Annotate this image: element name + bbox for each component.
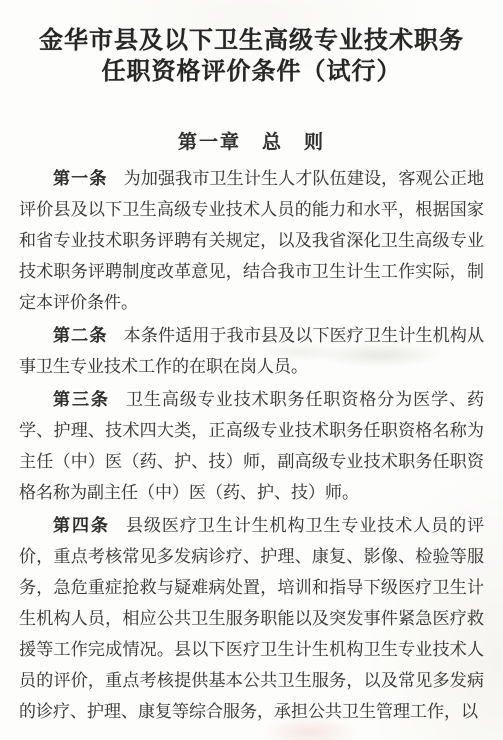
article-paragraph-4: 第四条县级医疗卫生计生机构卫生专业技术人员的评价，重点考核常见多发病诊疗、护理、… (19, 510, 484, 727)
chapter-heading: 第一章 总 则 (0, 127, 503, 154)
article-paragraph-3: 第三条卫生高级专业技术职务任职资格分为医学、药学、护理、技术四大类，正高级专业技… (19, 384, 484, 508)
article-text-4: 县级医疗卫生计生机构卫生专业技术人员的评价，重点考核常见多发病诊疗、护理、康复、… (19, 516, 484, 721)
article-paragraph-1: 第一条为加强我市卫生计生人才队伍建设，客观公正地评价县及以下卫生高级专业技术人员… (19, 163, 484, 318)
article-label-4: 第四条 (53, 516, 110, 535)
scanned-document-page: 金华市县及以下卫生高级专业技术职务 任职资格评价条件（试行） 第一章 总 则 第… (0, 0, 503, 740)
document-title: 金华市县及以下卫生高级专业技术职务 任职资格评价条件（试行） (0, 26, 503, 88)
document-body: 第一条为加强我市卫生计生人才队伍建设，客观公正地评价县及以下卫生高级专业技术人员… (19, 163, 484, 727)
article-label-2: 第二条 (53, 326, 108, 345)
article-text-1: 为加强我市卫生计生人才队伍建设，客观公正地评价县及以下卫生高级专业技术人员的能力… (19, 169, 484, 312)
article-label-3: 第三条 (53, 390, 110, 409)
article-paragraph-2: 第二条本条件适用于我市县及以下医疗卫生计生机构从事卫生专业技术工作的在职在岗人员… (19, 320, 484, 382)
document-title-line-2: 任职资格评价条件（试行） (0, 57, 503, 88)
article-label-1: 第一条 (53, 169, 108, 188)
document-title-line-1: 金华市县及以下卫生高级专业技术职务 (0, 26, 503, 57)
